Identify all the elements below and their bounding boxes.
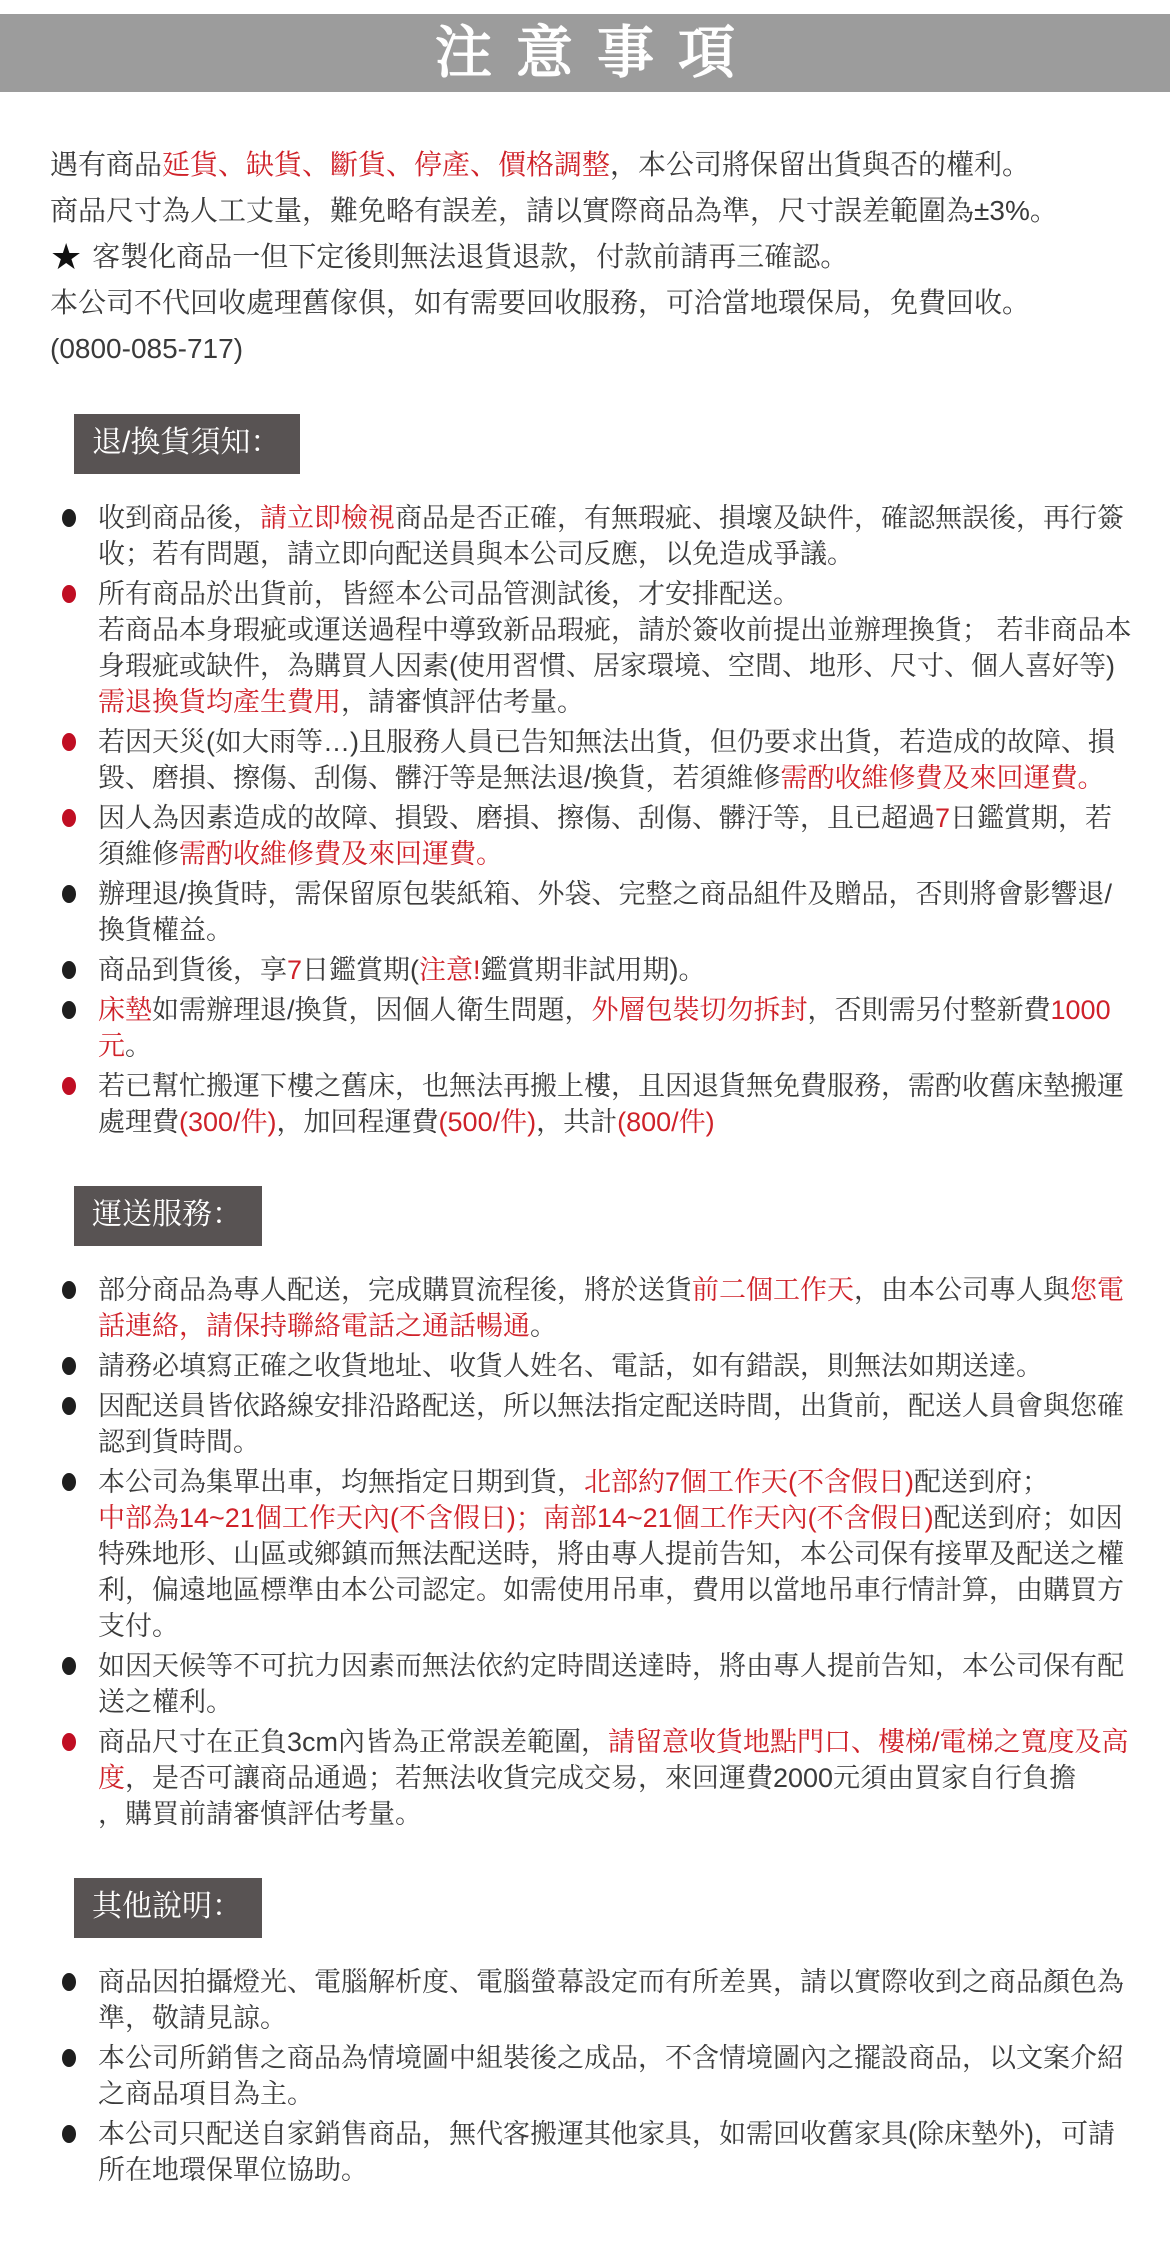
bullet-icon xyxy=(62,1397,76,1415)
intro-line: 商品尺寸為人工丈量，難免略有誤差，請以實際商品為準，尺寸誤差範圍為±3%。 xyxy=(50,188,1138,234)
intro-line: 本公司不代回收處理舊傢俱，如有需要回收服務，可洽當地環保局，免費回收。 xyxy=(50,280,1138,326)
text-segment: 收到商品後， xyxy=(98,503,260,533)
section-heading: 運送服務： xyxy=(74,1186,262,1246)
highlight-text: 需酌收維修費及來回運費。 xyxy=(179,839,503,869)
list-item: 若因天災(如大雨等…)且服務人員已告知無法出貨，但仍要求出貨，若造成的故障、損毀… xyxy=(50,724,1138,796)
text-segment: 因人為因素造成的故障、損毀、磨損、擦傷、刮傷、髒汙等，且已超過 xyxy=(98,803,935,833)
text-segment: 本公司只配送自家銷售商品，無代客搬運其他家具，如需回收舊家具(除床墊外)，可請所… xyxy=(98,2119,1115,2185)
bullet-icon xyxy=(62,961,76,979)
list-item: 如因天候等不可抗力因素而無法依約定時間送達時，將由專人提前告知，本公司保有配送之… xyxy=(50,1648,1138,1720)
text-segment: 辦理退/換貨時，需保留原包裝紙箱、外袋、完整之商品組件及贈品，否則將會影響退/換… xyxy=(98,879,1112,945)
bullet-icon xyxy=(62,1357,76,1375)
text-segment: 商品尺寸在正負3cm內皆為正常誤差範圍， xyxy=(98,1727,608,1757)
list-item: 商品尺寸在正負3cm內皆為正常誤差範圍，請留意收貨地點門口、樓梯/電梯之寬度及高… xyxy=(50,1724,1138,1832)
text-segment: 如因天候等不可抗力因素而無法依約定時間送達時，將由專人提前告知，本公司保有配送之… xyxy=(98,1651,1124,1717)
title-banner: 注意事項 xyxy=(0,14,1170,92)
text-segment: 請務必填寫正確之收貨地址、收貨人姓名、電話，如有錯誤，則無法如期送達。 xyxy=(98,1351,1043,1381)
list-item: 本公司所銷售之商品為情境圖中組裝後之成品，不含情境圖內之擺設商品，以文案介紹之商… xyxy=(50,2040,1138,2112)
highlight-text: 注意! xyxy=(419,955,481,985)
list-item: 本公司為集單出車，均無指定日期到貨，北部約7個工作天(不含假日)配送到府；中部為… xyxy=(50,1464,1138,1644)
text-segment: 鑑賞期非試用期)。 xyxy=(481,955,706,985)
text-segment: 商品尺寸為人工丈量，難免略有誤差，請以實際商品為準，尺寸誤差範圍為±3%。 xyxy=(50,195,1058,226)
bullet-icon xyxy=(62,733,76,751)
bullet-icon xyxy=(62,509,76,527)
notice-content: 遇有商品延貨、缺貨、斷貨、停產、價格調整，本公司將保留出貨與否的權利。商品尺寸為… xyxy=(0,142,1170,2188)
highlight-text: 需退換貨均產生費用 xyxy=(98,687,341,717)
text-segment: 部分商品為專人配送，完成購買流程後，將於送貨 xyxy=(98,1275,692,1305)
highlight-text: 床墊 xyxy=(98,995,152,1025)
list-item: 所有商品於出貨前，皆經本公司品管測試後，才安排配送。若商品本身瑕疵或運送過程中導… xyxy=(50,576,1138,720)
list-item: 若已幫忙搬運下樓之舊床，也無法再搬上樓，且因退貨無免費服務，需酌收舊床墊搬運處理… xyxy=(50,1068,1138,1140)
highlight-text: 請立即檢視 xyxy=(260,503,395,533)
text-segment: 配送到府； xyxy=(914,1467,1049,1497)
list-item: 商品到貨後，享7日鑑賞期(注意!鑑賞期非試用期)。 xyxy=(50,952,1138,988)
bullet-icon xyxy=(62,1281,76,1299)
highlight-text: 前二個工作天 xyxy=(692,1275,854,1305)
bullet-list: 商品因拍攝燈光、電腦解析度、電腦螢幕設定而有所差異，請以實際收到之商品顏色為準，… xyxy=(50,1964,1138,2188)
bullet-icon xyxy=(62,809,76,827)
section-heading: 其他說明： xyxy=(74,1878,262,1938)
highlight-text: 外層包裝切勿拆封 xyxy=(592,995,808,1025)
list-item: 請務必填寫正確之收貨地址、收貨人姓名、電話，如有錯誤，則無法如期送達。 xyxy=(50,1348,1138,1384)
list-item: 收到商品後，請立即檢視商品是否正確，有無瑕疵、損壞及缺件，確認無誤後，再行簽收；… xyxy=(50,500,1138,572)
bullet-icon xyxy=(62,2049,76,2067)
highlight-text: 中部為14~21個工作天內(不含假日)；南部14~21個工作天內(不含假日) xyxy=(98,1503,934,1533)
text-segment: 遇有商品 xyxy=(50,149,162,180)
intro-paragraph: 遇有商品延貨、缺貨、斷貨、停產、價格調整，本公司將保留出貨與否的權利。商品尺寸為… xyxy=(50,142,1138,372)
highlight-text: (500/件) xyxy=(439,1107,537,1137)
bullet-icon xyxy=(62,585,76,603)
text-segment: ，購買前請審慎評估考量。 xyxy=(98,1799,422,1829)
highlight-text: 需酌收維修費及來回運費。 xyxy=(781,763,1105,793)
bullet-icon xyxy=(62,2125,76,2143)
star-icon: ★ xyxy=(50,239,82,275)
intro-line: ★客製化商品一但下定後則無法退貨退款，付款前請再三確認。 xyxy=(50,234,1138,280)
section-heading: 退/換貨須知： xyxy=(74,414,300,474)
highlight-text: (800/件) xyxy=(617,1107,715,1137)
notice-page: 注意事項 遇有商品延貨、缺貨、斷貨、停產、價格調整，本公司將保留出貨與否的權利。… xyxy=(0,14,1170,2252)
text-segment: ，共計 xyxy=(536,1107,617,1137)
text-segment: 本公司不代回收處理舊傢俱，如有需要回收服務，可洽當地環保局，免費回收。 xyxy=(50,287,1030,318)
list-item: 因配送員皆依路線安排沿路配送，所以無法指定配送時間，出貨前，配送人員會與您確認到… xyxy=(50,1388,1138,1460)
text-segment: 如需辦理退/換貨，因個人衛生問題， xyxy=(152,995,592,1025)
text-segment: 商品到貨後，享 xyxy=(98,955,287,985)
highlight-text: (300/件) xyxy=(179,1107,277,1137)
text-segment: 所有商品於出貨前，皆經本公司品管測試後，才安排配送。 xyxy=(98,579,800,609)
text-segment: ，否則需另付整新費 xyxy=(808,995,1051,1025)
notice-sections: 退/換貨須知： 收到商品後，請立即檢視商品是否正確，有無瑕疵、損壞及缺件，確認無… xyxy=(50,372,1138,2188)
text-segment: 日鑑賞期( xyxy=(302,955,419,985)
bullet-icon xyxy=(62,1973,76,1991)
bullet-list: 部分商品為專人配送，完成購買流程後，將於送貨前二個工作天，由本公司專人與您電話連… xyxy=(50,1272,1138,1832)
text-segment: ，是否可讓商品通過；若無法收貨完成交易，來回運費2000元須由買家自行負擔 xyxy=(125,1763,1076,1793)
list-item: 床墊如需辦理退/換貨，因個人衛生問題，外層包裝切勿拆封，否則需另付整新費1000… xyxy=(50,992,1138,1064)
text-segment: 本公司所銷售之商品為情境圖中組裝後之成品，不含情境圖內之擺設商品，以文案介紹之商… xyxy=(98,2043,1124,2109)
highlight-text: 7 xyxy=(935,803,950,833)
intro-line: (0800-085-717) xyxy=(50,326,1138,372)
text-segment: ，請審慎評估考量。 xyxy=(341,687,584,717)
bullet-icon xyxy=(62,1077,76,1095)
highlight-text: 延貨、缺貨、斷貨、停產、價格調整 xyxy=(162,149,610,180)
page-title: 注意事項 xyxy=(411,25,759,82)
text-segment: ，本公司將保留出貨與否的權利。 xyxy=(610,149,1030,180)
text-segment: (0800-085-717) xyxy=(50,333,243,364)
list-item: 商品因拍攝燈光、電腦解析度、電腦螢幕設定而有所差異，請以實際收到之商品顏色為準，… xyxy=(50,1964,1138,2036)
bullet-icon xyxy=(62,1001,76,1019)
list-item: 辦理退/換貨時，需保留原包裝紙箱、外袋、完整之商品組件及贈品，否則將會影響退/換… xyxy=(50,876,1138,948)
notice-section: 其他說明： 商品因拍攝燈光、電腦解析度、電腦螢幕設定而有所差異，請以實際收到之商… xyxy=(50,1836,1138,2188)
list-item: 本公司只配送自家銷售商品，無代客搬運其他家具，如需回收舊家具(除床墊外)，可請所… xyxy=(50,2116,1138,2188)
bullet-icon xyxy=(62,1733,76,1751)
text-segment: 。 xyxy=(530,1311,557,1341)
notice-section: 退/換貨須知： 收到商品後，請立即檢視商品是否正確，有無瑕疵、損壞及缺件，確認無… xyxy=(50,372,1138,1140)
bullet-list: 收到商品後，請立即檢視商品是否正確，有無瑕疵、損壞及缺件，確認無誤後，再行簽收；… xyxy=(50,500,1138,1140)
text-segment: ，加回程運費 xyxy=(277,1107,439,1137)
bullet-icon xyxy=(62,885,76,903)
highlight-text: 7 xyxy=(287,955,302,985)
text-segment: ，由本公司專人與 xyxy=(854,1275,1070,1305)
intro-line: 遇有商品延貨、缺貨、斷貨、停產、價格調整，本公司將保留出貨與否的權利。 xyxy=(50,142,1138,188)
text-segment: 若商品本身瑕疵或運送過程中導致新品瑕疵，請於簽收前提出並辦理換貨； 若非商品本身… xyxy=(98,615,1132,681)
list-item: 部分商品為專人配送，完成購買流程後，將於送貨前二個工作天，由本公司專人與您電話連… xyxy=(50,1272,1138,1344)
text-segment: 因配送員皆依路線安排沿路配送，所以無法指定配送時間，出貨前，配送人員會與您確認到… xyxy=(98,1391,1124,1457)
bullet-icon xyxy=(62,1473,76,1491)
notice-section: 運送服務： 部分商品為專人配送，完成購買流程後，將於送貨前二個工作天，由本公司專… xyxy=(50,1144,1138,1832)
highlight-text: 北部約7個工作天(不含假日) xyxy=(584,1467,914,1497)
text-segment: 。 xyxy=(125,1031,152,1061)
text-segment: 客製化商品一但下定後則無法退貨退款，付款前請再三確認。 xyxy=(92,241,848,272)
text-segment: 本公司為集單出車，均無指定日期到貨， xyxy=(98,1467,584,1497)
list-item: 因人為因素造成的故障、損毀、磨損、擦傷、刮傷、髒汙等，且已超過7日鑑賞期，若須維… xyxy=(50,800,1138,872)
bullet-icon xyxy=(62,1657,76,1675)
text-segment: 商品因拍攝燈光、電腦解析度、電腦螢幕設定而有所差異，請以實際收到之商品顏色為準，… xyxy=(98,1967,1124,2033)
